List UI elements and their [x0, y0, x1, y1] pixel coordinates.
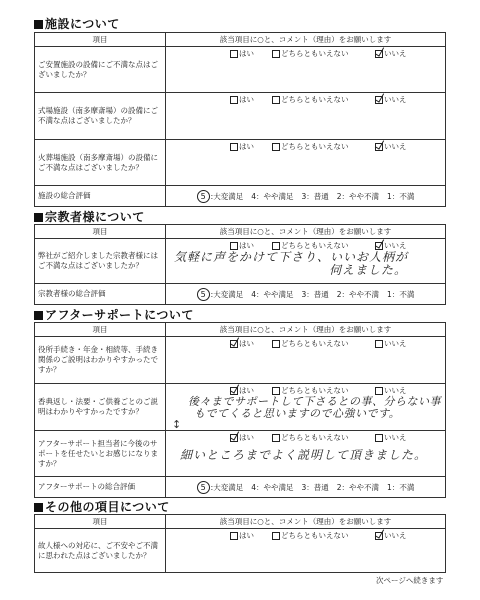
table-header-row: 項目 該当項目に○と、コメント（理由）をお願いします	[35, 515, 446, 529]
section-heading-after-support: アフターサポートについて	[34, 308, 194, 322]
total-label: 宗教者様の総合評価	[35, 284, 166, 305]
checked-checkbox-icon[interactable]	[375, 96, 383, 104]
option-yes[interactable]: はい	[230, 142, 272, 152]
section-title: その他の項目について	[45, 500, 170, 514]
option-neutral[interactable]: どちらともいえない	[272, 142, 375, 152]
checkbox-icon[interactable]	[272, 96, 280, 104]
section-heading-religious: 宗教者様について	[34, 210, 145, 224]
checked-checkbox-icon[interactable]	[230, 434, 238, 442]
question-text: 火葬場施設（南多摩斎場）の設備にご不満な点はございましたか？	[35, 140, 166, 186]
circled-rating[interactable]: 5	[197, 288, 210, 301]
question-row: 香典返し・法要・ご供養ごとのご説明はわかりやすかったですか？ はい どちらともい…	[35, 384, 446, 431]
section-title: 宗教者様について	[45, 210, 145, 224]
option-yes[interactable]: はい	[230, 95, 272, 105]
square-bullet-icon	[34, 311, 43, 320]
option-neutral[interactable]: どちらともいえない	[272, 49, 375, 59]
checkbox-icon[interactable]	[230, 532, 238, 540]
option-neutral[interactable]: どちらともいえない	[272, 433, 375, 443]
total-label: アフターサポートの総合評価	[35, 477, 166, 498]
rating-scale[interactable]: 5:大変満足4：やや満足3：普通2：やや不満1：不満	[166, 186, 446, 207]
rating-scale[interactable]: 5:大変満足4：やや満足3：普通2：やや不満1：不満	[166, 477, 446, 498]
option-yes[interactable]: はい	[230, 49, 272, 59]
section-title: アフターサポートについて	[45, 308, 194, 322]
checked-checkbox-icon[interactable]	[375, 143, 383, 151]
option-neutral[interactable]: どちらともいえない	[272, 531, 375, 541]
option-no[interactable]: いいえ	[375, 433, 435, 443]
checkbox-icon[interactable]	[375, 434, 383, 442]
checkbox-icon[interactable]	[272, 387, 280, 395]
answer-cell: はい どちらともいえない いいえ	[166, 47, 446, 93]
header-answer: 該当項目に○と、コメント（理由）をお願いします	[166, 225, 446, 239]
after-support-table: 項目 該当項目に○と、コメント（理由）をお願いします 役所手続き・年金・相続等、…	[34, 322, 446, 498]
header-answer: 該当項目に○と、コメント（理由）をお願いします	[166, 515, 446, 529]
table-header-row: 項目 該当項目に○と、コメント（理由）をお願いします	[35, 33, 446, 47]
checkbox-icon[interactable]	[272, 50, 280, 58]
option-neutral[interactable]: どちらともいえない	[272, 95, 375, 105]
checkbox-icon[interactable]	[375, 340, 383, 348]
total-rating-row: 宗教者様の総合評価 5:大変満足4：やや満足3：普通2：やや不満1：不満	[35, 284, 446, 305]
question-row: 火葬場施設（南多摩斎場）の設備にご不満な点はございましたか？ はい どちらともい…	[35, 140, 446, 186]
question-row: 役所手続き・年金・相続等、手続き関係のご説明はわかりやすかったですか？ はい ど…	[35, 337, 446, 384]
question-row: 故人様への対応に、ご不安やご不満に思われた点はございましたか？ はい どちらとも…	[35, 529, 446, 573]
checkbox-icon[interactable]	[272, 434, 280, 442]
section-heading-other: その他の項目について	[34, 500, 170, 514]
question-row: 式場施設（南多摩斎場）の設備にご不満な点はございましたか？ はい どちらともいえ…	[35, 93, 446, 140]
square-bullet-icon	[34, 20, 43, 29]
option-yes[interactable]: はい	[230, 433, 272, 443]
header-item: 項目	[35, 225, 166, 239]
facilities-table: 項目 該当項目に○と、コメント（理由）をお願いします ご安置施設の設備にご不満な…	[34, 32, 446, 207]
option-no[interactable]: いいえ	[375, 49, 435, 59]
other-table: 項目 該当項目に○と、コメント（理由）をお願いします 故人様への対応に、ご不安や…	[34, 514, 446, 573]
option-yes[interactable]: はい	[230, 339, 272, 349]
continued-next-page: 次ページへ続きます	[376, 575, 443, 586]
question-text: 役所手続き・年金・相続等、手続き関係のご説明はわかりやすかったですか？	[35, 337, 166, 384]
checkbox-icon[interactable]	[230, 143, 238, 151]
answer-cell: はい どちらともいえない いいえ 細いところまでよく説明して頂きました。	[166, 431, 446, 477]
table-header-row: 項目 該当項目に○と、コメント（理由）をお願いします	[35, 225, 446, 239]
header-answer: 該当項目に○と、コメント（理由）をお願いします	[166, 323, 446, 337]
option-no[interactable]: いいえ	[375, 95, 435, 105]
checkbox-icon[interactable]	[230, 50, 238, 58]
checkbox-icon[interactable]	[375, 387, 383, 395]
checked-checkbox-icon[interactable]	[375, 50, 383, 58]
checkbox-icon[interactable]	[272, 242, 280, 250]
total-rating-row: 施設の総合評価 5:大変満足4：やや満足3：普通2：やや不満1：不満	[35, 186, 446, 207]
option-no[interactable]: いいえ	[375, 531, 435, 541]
checked-checkbox-icon[interactable]	[375, 242, 383, 250]
answer-cell: はい どちらともいえない いいえ 気軽に声をかけて下さり、いいお人柄が 伺えまし…	[166, 239, 446, 284]
option-neutral[interactable]: どちらともいえない	[272, 339, 375, 349]
question-text: 故人様への対応に、ご不安やご不満に思われた点はございましたか？	[35, 529, 166, 573]
checkbox-icon[interactable]	[272, 143, 280, 151]
question-row: アフターサポート担当者に今後のサポートを任せたいとお感じになりますか？ はい ど…	[35, 431, 446, 477]
answer-cell: はい どちらともいえない いいえ	[166, 140, 446, 186]
question-row: ご安置施設の設備にご不満な点はございましたか？ はい どちらともいえない いいえ	[35, 47, 446, 93]
question-text: 香典返し・法要・ご供養ごとのご説明はわかりやすかったですか？	[35, 384, 166, 431]
question-text: アフターサポート担当者に今後のサポートを任せたいとお感じになりますか？	[35, 431, 166, 477]
checked-checkbox-icon[interactable]	[230, 340, 238, 348]
section-title: 施設について	[45, 17, 120, 31]
header-item: 項目	[35, 33, 166, 47]
section-heading-facilities: 施設について	[34, 17, 120, 31]
header-item: 項目	[35, 323, 166, 337]
question-text: 式場施設（南多摩斎場）の設備にご不満な点はございましたか？	[35, 93, 166, 140]
question-text: 弊社がご紹介しました宗教者様にはご不満な点はございましたか？	[35, 239, 166, 284]
checked-checkbox-icon[interactable]	[375, 532, 383, 540]
total-label: 施設の総合評価	[35, 186, 166, 207]
rating-scale[interactable]: 5:大変満足4：やや満足3：普通2：やや不満1：不満	[166, 284, 446, 305]
header-answer: 該当項目に○と、コメント（理由）をお願いします	[166, 33, 446, 47]
religious-table: 項目 該当項目に○と、コメント（理由）をお願いします 弊社がご紹介しました宗教者…	[34, 224, 446, 305]
answer-cell: はい どちらともいえない いいえ	[166, 93, 446, 140]
answer-cell: はい どちらともいえない いいえ 後々までサポートして下さるとの事、分らない事 …	[166, 384, 446, 431]
checkbox-icon[interactable]	[272, 532, 280, 540]
header-item: 項目	[35, 515, 166, 529]
answer-cell: はい どちらともいえない いいえ	[166, 529, 446, 573]
option-no[interactable]: いいえ	[375, 142, 435, 152]
handwritten-double-arrow-icon: ↕	[172, 418, 181, 431]
checkbox-icon[interactable]	[272, 340, 280, 348]
question-row: 弊社がご紹介しました宗教者様にはご不満な点はございましたか？ はい どちらともい…	[35, 239, 446, 284]
square-bullet-icon	[34, 503, 43, 512]
checked-checkbox-icon[interactable]	[230, 387, 238, 395]
question-text: ご安置施設の設備にご不満な点はございましたか？	[35, 47, 166, 93]
answer-cell: はい どちらともいえない いいえ	[166, 337, 446, 384]
circled-rating[interactable]: 5	[197, 481, 210, 494]
checkbox-icon[interactable]	[230, 96, 238, 104]
circled-rating[interactable]: 5	[197, 190, 210, 203]
checkbox-icon[interactable]	[230, 242, 238, 250]
total-rating-row: アフターサポートの総合評価 5:大変満足4：やや満足3：普通2：やや不満1：不満	[35, 477, 446, 498]
handwritten-comment[interactable]: 気軽に声をかけて下さり、いいお人柄が 伺えました。	[166, 251, 445, 277]
option-yes[interactable]: はい	[230, 531, 272, 541]
table-header-row: 項目 該当項目に○と、コメント（理由）をお願いします	[35, 323, 446, 337]
handwritten-comment[interactable]: 細いところまでよく説明して頂きました。	[166, 443, 445, 462]
option-no[interactable]: いいえ	[375, 339, 435, 349]
handwritten-comment[interactable]: 後々までサポートして下さるとの事、分らない事 もでてくると思いますので心強いです…	[166, 396, 445, 420]
square-bullet-icon	[34, 213, 43, 222]
